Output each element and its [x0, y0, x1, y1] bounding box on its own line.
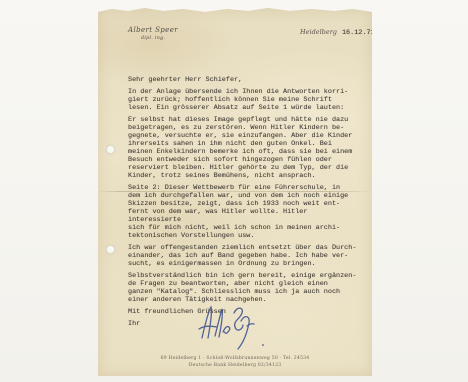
dateline-place: Heidelberg [300, 28, 337, 36]
paragraph-2: Er selbst hat dieses Image gepflegt und … [128, 116, 364, 180]
paragraph-1: In der Anlage übersende ich Ihnen die An… [128, 88, 364, 112]
signature-ink-strokes [190, 300, 264, 354]
letterhead: Albert Speer dipl. ing. [128, 26, 178, 41]
salutation: Sehr geehrter Herr Schiefer, [128, 76, 364, 84]
dateline: Heidelberg 16.12.71 [300, 28, 375, 37]
signature-albert-speer [190, 300, 264, 354]
letterhead-name: Albert Speer [128, 26, 178, 34]
paragraph-3: Seite 2: Dieser Wettbewerb für eine Führ… [128, 184, 364, 240]
scan-background: Albert Speer dipl. ing. Heidelberg 16.12… [0, 0, 468, 382]
dateline-date: 16.12.71 [342, 29, 375, 37]
paragraph-4: Ich war offengestanden ziemlich entsetzt… [128, 244, 364, 268]
letterhead-degree: dipl. ing. [128, 35, 178, 41]
letter-body: Sehr geehrter Herr Schiefer, In der Anla… [128, 76, 364, 332]
punch-hole-bottom [106, 245, 115, 254]
punch-hole-top [106, 145, 115, 154]
letter-page: Albert Speer dipl. ing. Heidelberg 16.12… [98, 8, 372, 376]
footer-bank-line: Deutsche Bank Heidelberg 02/34123 [98, 363, 372, 370]
stray-ink-dot [262, 344, 264, 346]
letterhead-footer: 69 Heidelberg 1 · Schloß-Wolfsbrunnenweg… [98, 356, 372, 369]
